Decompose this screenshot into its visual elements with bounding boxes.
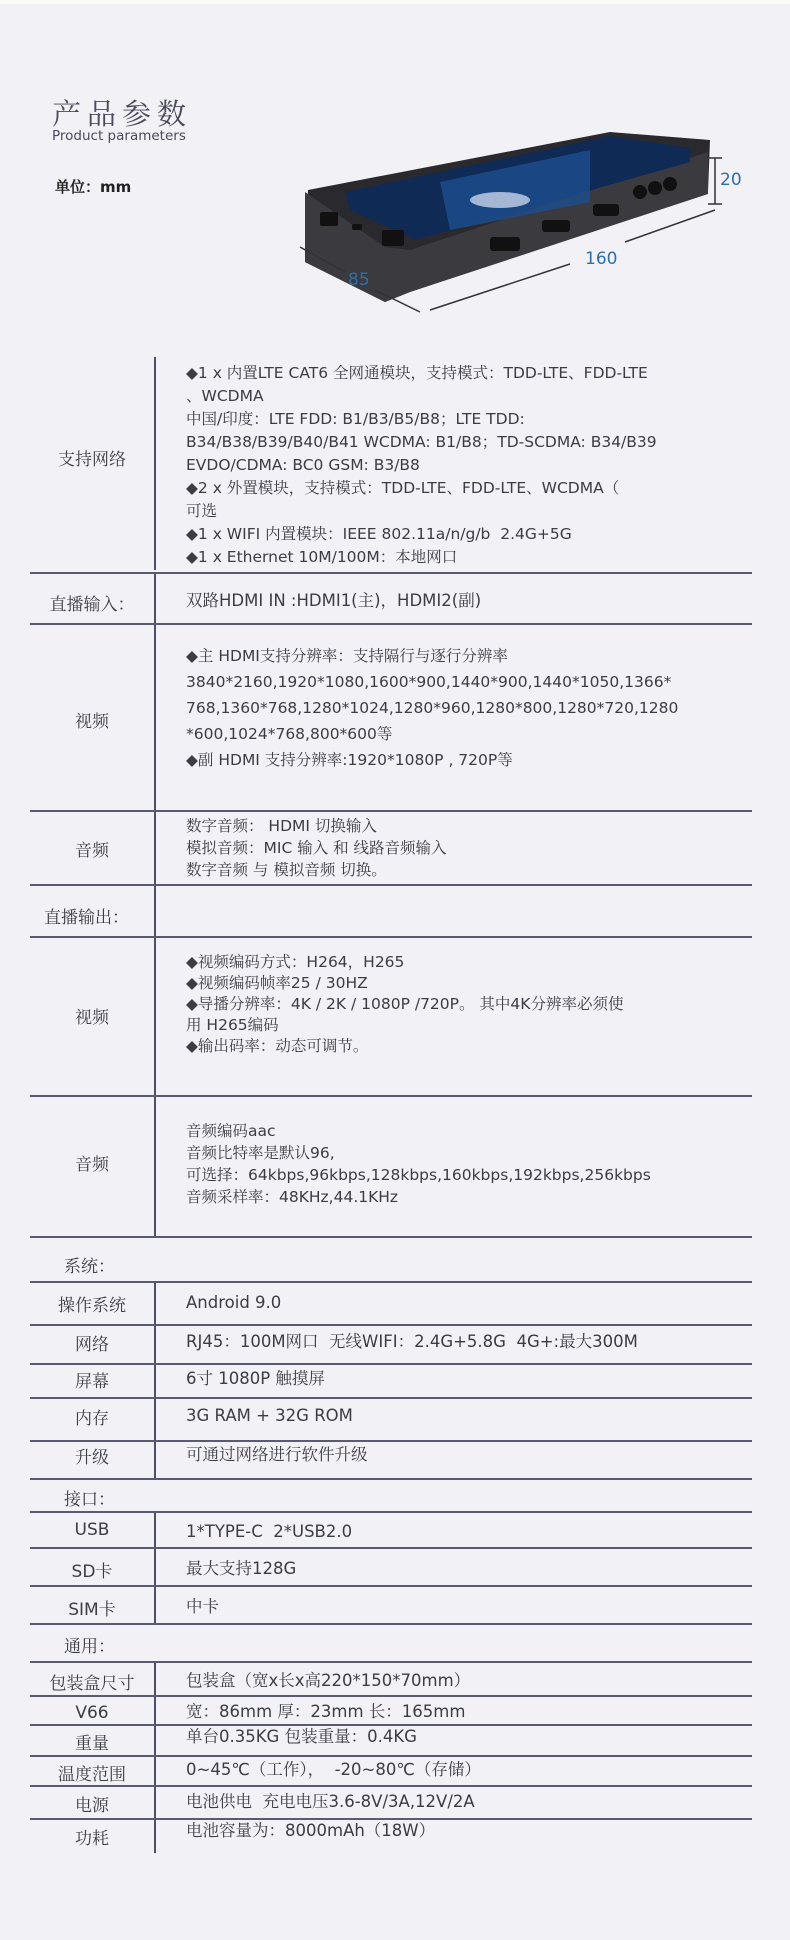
row-label-temperature: 温度范围: [30, 1760, 154, 1785]
divider: [30, 1585, 752, 1587]
network-line-6: 可选: [186, 500, 217, 522]
row-label-output-audio: 音频: [30, 1150, 154, 1175]
row-label-screen: 屏幕: [30, 1367, 154, 1392]
divider: [30, 936, 752, 938]
divider: [30, 1785, 752, 1787]
sim-value: 中卡: [186, 1596, 219, 1618]
input-audio-line-1: 模拟音频：MIC 输入 和 线路音频输入: [186, 837, 447, 859]
divider: [30, 1623, 752, 1625]
sd-value: 最大支持128G: [186, 1558, 296, 1580]
live-input-value: 双路HDMI IN :HDMI1(主)，HDMI2(副): [186, 590, 481, 612]
unit-label: 单位：mm: [55, 176, 131, 197]
consumption-value: 电池容量为：8000mAh（18W）: [186, 1820, 435, 1842]
input-video-line-0: ◆主 HDMI支持分辨率：支持隔行与逐行分辨率: [186, 644, 508, 668]
column-divider: [154, 1663, 156, 1853]
divider: [30, 1511, 752, 1513]
row-label-network: 支持网络: [30, 445, 154, 470]
input-audio-line-0: 数字音频： HDMI 切换输入: [186, 815, 377, 837]
network-line-4: EVDO/CDMA: BC0 GSM: B3/B8: [186, 454, 420, 476]
section-system: 系统：: [64, 1252, 115, 1277]
divider: [30, 1281, 752, 1283]
output-audio-line-1: 音频比特率是默认96,: [186, 1142, 335, 1164]
output-video-line-0: ◆视频编码方式：H264，H265: [186, 951, 404, 973]
input-video-line-2: 768,1360*768,1280*1024,1280*960,1280*800…: [186, 696, 678, 720]
output-audio-line-3: 音频采样率：48KHz,44.1KHz: [186, 1186, 398, 1208]
row-label-sim: SIM卡: [30, 1595, 154, 1620]
divider: [30, 1397, 752, 1399]
divider: [30, 884, 752, 886]
os-value: Android 9.0: [186, 1292, 281, 1314]
network-line-0: ◆1 x 内置LTE CAT6 全网通模块，支持模式：TDD-LTE、FDD-L…: [186, 362, 648, 384]
divider: [30, 1324, 752, 1326]
divider: [30, 1478, 752, 1480]
row-label-memory: 内存: [30, 1404, 154, 1429]
input-video-line-3: *600,1024*768,800*600等: [186, 722, 392, 746]
upgrade-value: 可通过网络进行软件升级: [186, 1444, 368, 1466]
output-video-line-4: ◆输出码率：动态可调节。: [186, 1035, 368, 1057]
row-label-os: 操作系统: [30, 1291, 154, 1316]
network-line-7: ◆1 x WIFI 内置模块：IEEE 802.11a/n/g/b 2.4G+5…: [186, 523, 572, 545]
page-title: 产品参数: [52, 92, 192, 133]
network-line-5: ◆2 x 外置模块，支持模式：TDD-LTE、FDD-LTE、WCDMA（: [186, 477, 619, 499]
row-label-model: V66: [30, 1703, 154, 1723]
row-label-output-video: 视频: [30, 1003, 154, 1028]
input-video-line-1: 3840*2160,1920*1080,1600*900,1440*900,14…: [186, 670, 671, 694]
divider: [30, 1547, 752, 1549]
device-illustration: 85 160 20: [290, 112, 790, 322]
model-value: 宽：86mm 厚：23mm 长：165mm: [186, 1701, 465, 1723]
row-label-package: 包装盒尺寸: [30, 1669, 154, 1694]
column-divider: [154, 1283, 156, 1478]
output-video-line-1: ◆视频编码帧率25 / 30HZ: [186, 972, 368, 994]
screen-value: 6寸 1080P 触摸屏: [186, 1368, 325, 1390]
usb-value: 1*TYPE-C 2*USB2.0: [186, 1521, 352, 1543]
divider: [30, 810, 752, 812]
network-sys-value: RJ45：100M网口 无线WIFI：2.4G+5.8G 4G+:最大300M: [186, 1331, 638, 1353]
row-label-weight: 重量: [30, 1729, 154, 1754]
output-audio-line-0: 音频编码aac: [186, 1120, 276, 1142]
output-video-line-2: ◆导播分辨率：4K / 2K / 1080P /720P。 其中4K分辨率必须使: [186, 993, 623, 1015]
divider: [30, 1661, 752, 1663]
section-general: 通用：: [64, 1632, 115, 1657]
row-label-live-input: 直播输入：: [30, 590, 154, 615]
top-strip: [0, 0, 790, 4]
page-subtitle: Product parameters: [52, 128, 186, 144]
weight-value: 单台0.35KG 包装重量：0.4KG: [186, 1726, 417, 1748]
section-live-output: 直播输出：: [44, 903, 129, 928]
divider: [30, 1755, 752, 1757]
column-divider: [154, 357, 156, 570]
row-label-upgrade: 升级: [30, 1443, 154, 1468]
output-video-line-3: 用 H265编码: [186, 1014, 279, 1036]
row-label-input-audio: 音频: [30, 836, 154, 861]
input-audio-line-2: 数字音频 与 模拟音频 切换。: [186, 859, 387, 881]
temperature-value: 0~45℃（工作）， -20~80℃（存储）: [186, 1759, 481, 1781]
package-value: 包装盒（宽x长x高220*150*70mm）: [186, 1670, 470, 1692]
power-value: 电池供电 充电电压3.6-8V/3A,12V/2A: [186, 1791, 475, 1813]
network-line-3: B34/B38/B39/B40/B41 WCDMA: B1/B8；TD-SCDM…: [186, 431, 657, 453]
divider: [30, 623, 752, 625]
row-label-consumption: 功耗: [30, 1824, 154, 1849]
output-audio-line-2: 可选择：64kbps,96kbps,128kbps,160kbps,192kbp…: [186, 1164, 651, 1186]
divider: [30, 1363, 752, 1365]
memory-value: 3G RAM + 32G ROM: [186, 1405, 353, 1427]
divider: [30, 1440, 752, 1442]
divider: [30, 1095, 752, 1097]
divider: [30, 1236, 752, 1238]
network-line-1: 、WCDMA: [186, 385, 264, 407]
row-label-power: 电源: [30, 1791, 154, 1816]
section-interface: 接口：: [64, 1485, 115, 1510]
row-label-sd: SD卡: [30, 1557, 154, 1582]
divider: [30, 1695, 752, 1697]
row-label-input-video: 视频: [30, 707, 154, 732]
input-video-line-4: ◆副 HDMI 支持分辨率:1920*1080P , 720P等: [186, 748, 513, 772]
divider: [30, 572, 752, 574]
column-divider: [154, 1513, 156, 1623]
dimension-length: 160: [585, 249, 617, 269]
dimension-width: 85: [348, 270, 370, 290]
network-line-8: ◆1 x Ethernet 10M/100M：本地网口: [186, 546, 457, 568]
row-label-network-sys: 网络: [30, 1330, 154, 1355]
network-line-2: 中国/印度：LTE FDD: B1/B3/B5/B8；LTE TDD:: [186, 408, 525, 430]
column-divider: [154, 938, 156, 1238]
dimension-height: 20: [720, 170, 742, 190]
row-label-usb: USB: [30, 1520, 154, 1540]
